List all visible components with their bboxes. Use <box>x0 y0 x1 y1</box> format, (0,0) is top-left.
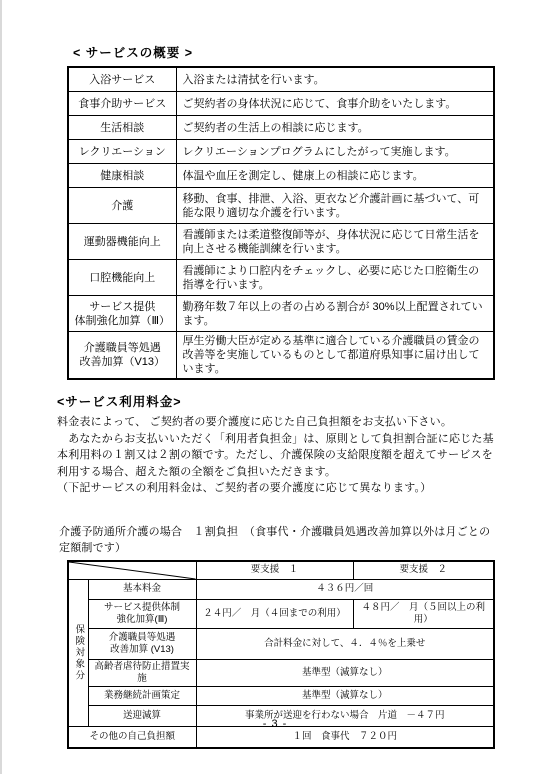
document-page: < サービスの概要 > 入浴サービス 入浴または清拭を行います。 食事介助サービ… <box>0 0 550 774</box>
fee-item-cell: 基本料金 <box>88 579 196 599</box>
table-row: 高齢者虐待防止措置実施 基準型（減算なし） <box>68 659 494 686</box>
table-row: 口腔機能向上 看護師により口腔内をチェックし、必要に応じた口腔衛生の指導を行いま… <box>68 260 494 296</box>
service-name-cell: 運動器機能向上 <box>68 224 176 260</box>
service-name-cell: 健康相談 <box>68 164 176 188</box>
table-row: 食事介助サービス ご契約者の身体状況に応じて、食事介助をいたします。 <box>68 92 494 116</box>
fee-value-cell: 合計料金に対して、４．４％を上乗せ <box>196 628 494 659</box>
support-level2-header: 要支援 ２ <box>353 561 494 580</box>
service-name-cell: サービス提供 体制強化加算（Ⅲ） <box>68 296 176 332</box>
table-row: 運動器機能向上 看護師または柔道整復師等が、身体状況に応じて日常生活を向上させる… <box>68 224 494 260</box>
service-desc-cell: 厚生労働大臣が定める基準に適合している介護職員の賃金の改善等を実施しているものと… <box>176 332 494 380</box>
table-row: 生活相談 ご契約者の生活上の相談に応じます。 <box>68 116 494 140</box>
service-desc-cell: レクリエーションプログラムにしたがって実施します。 <box>176 140 494 164</box>
service-desc-cell: 看護師または柔道整復師等が、身体状況に応じて日常生活を向上させる機能訓練を行いま… <box>176 224 494 260</box>
diagonal-header-cell <box>68 561 196 580</box>
fee-value-cell: 基準型（減算なし） <box>196 686 494 705</box>
service-desc-cell: ご契約者の生活上の相談に応じます。 <box>176 116 494 140</box>
table-row: レクリエーション レクリエーションプログラムにしたがって実施します。 <box>68 140 494 164</box>
table-row: 入浴サービス 入浴または清拭を行います。 <box>68 67 494 92</box>
fee-item-cell: 高齢者虐待防止措置実施 <box>88 659 196 686</box>
service-desc-cell: 入浴または清拭を行います。 <box>176 67 494 92</box>
page-number: - 3 - <box>0 718 550 730</box>
fee-item-cell: 介護職員等処遇 改善加算 (V13) <box>88 628 196 659</box>
table-row: サービス提供体制 強化加算(Ⅲ) ２４円／ 月（４回までの利用） ４８円／ 月（… <box>68 599 494 628</box>
fee-table-header-row: 要支援 １ 要支援 ２ <box>68 561 494 580</box>
fee-value-cell: 基準型（減算なし） <box>196 659 494 686</box>
diagonal-line <box>69 562 196 579</box>
table-row: 保険対象分 基本料金 ４３６円／回 <box>68 579 494 599</box>
service-desc-cell: 体温や血圧を測定し、健康上の相談に応じます。 <box>176 164 494 188</box>
support-level1-header: 要支援 １ <box>196 561 353 580</box>
table-row: 健康相談 体温や血圧を測定し、健康上の相談に応じます。 <box>68 164 494 188</box>
service-desc-cell: 勤務年数７年以上の者の占める割合が 30%以上配置されています。 <box>176 296 494 332</box>
service-name-cell: 生活相談 <box>68 116 176 140</box>
service-name-cell: 食事介助サービス <box>68 92 176 116</box>
fee-value-cell: ４３６円／回 <box>196 579 494 599</box>
fee-description-paragraph: 料金表によって、 ご契約者の要介護度に応じた自己負担額をお支払い下さい。 あなた… <box>57 414 497 497</box>
insurance-covered-label: 保険対象分 <box>68 579 88 726</box>
service-name-cell: 介護職員等処遇 改善加算（V13） <box>68 332 176 380</box>
service-desc-cell: 看護師により口腔内をチェックし、必要に応じた口腔衛生の指導を行います。 <box>176 260 494 296</box>
table-row: 介護 移動、食事、排泄、入浴、更衣など介護計画に基づいて、可能な限り適切な介護を… <box>68 188 494 224</box>
service-desc-cell: ご契約者の身体状況に応じて、食事介助をいたします。 <box>176 92 494 116</box>
fee-item-cell: 業務継続計画策定 <box>88 686 196 705</box>
fee-value-cell: ４８円／ 月（５回以上の利用） <box>353 599 494 628</box>
fee-value-cell: ２４円／ 月（４回までの利用） <box>196 599 353 628</box>
service-overview-table: 入浴サービス 入浴または清拭を行います。 食事介助サービス ご契約者の身体状況に… <box>67 66 495 380</box>
service-name-cell: 口腔機能向上 <box>68 260 176 296</box>
table-row: サービス提供 体制強化加算（Ⅲ） 勤務年数７年以上の者の占める割合が 30%以上… <box>68 296 494 332</box>
service-name-cell: 介護 <box>68 188 176 224</box>
service-overview-heading: < サービスの概要 > <box>73 45 493 61</box>
service-name-cell: レクリエーション <box>68 140 176 164</box>
fee-table-caption: 介護予防通所介護の場合 １割負担 （食事代・介護職員処遇改善加算以外は月ごとの … <box>59 524 499 557</box>
service-desc-cell: 移動、食事、排泄、入浴、更衣など介護計画に基づいて、可能な限り適切な介護を行いま… <box>176 188 494 224</box>
fee-item-cell: サービス提供体制 強化加算(Ⅲ) <box>88 599 196 628</box>
scan-edge-artifact <box>0 0 2 774</box>
table-row: 介護職員等処遇 改善加算 (V13) 合計料金に対して、４．４％を上乗せ <box>68 628 494 659</box>
table-row: 介護職員等処遇 改善加算（V13） 厚生労働大臣が定める基準に適合している介護職… <box>68 332 494 380</box>
table-row: 業務継続計画策定 基準型（減算なし） <box>68 686 494 705</box>
service-name-cell: 入浴サービス <box>68 67 176 92</box>
page-content: < サービスの概要 > 入浴サービス 入浴または清拭を行います。 食事介助サービ… <box>0 0 550 749</box>
fee-section-heading: <サービス利用料金> <box>57 394 493 410</box>
